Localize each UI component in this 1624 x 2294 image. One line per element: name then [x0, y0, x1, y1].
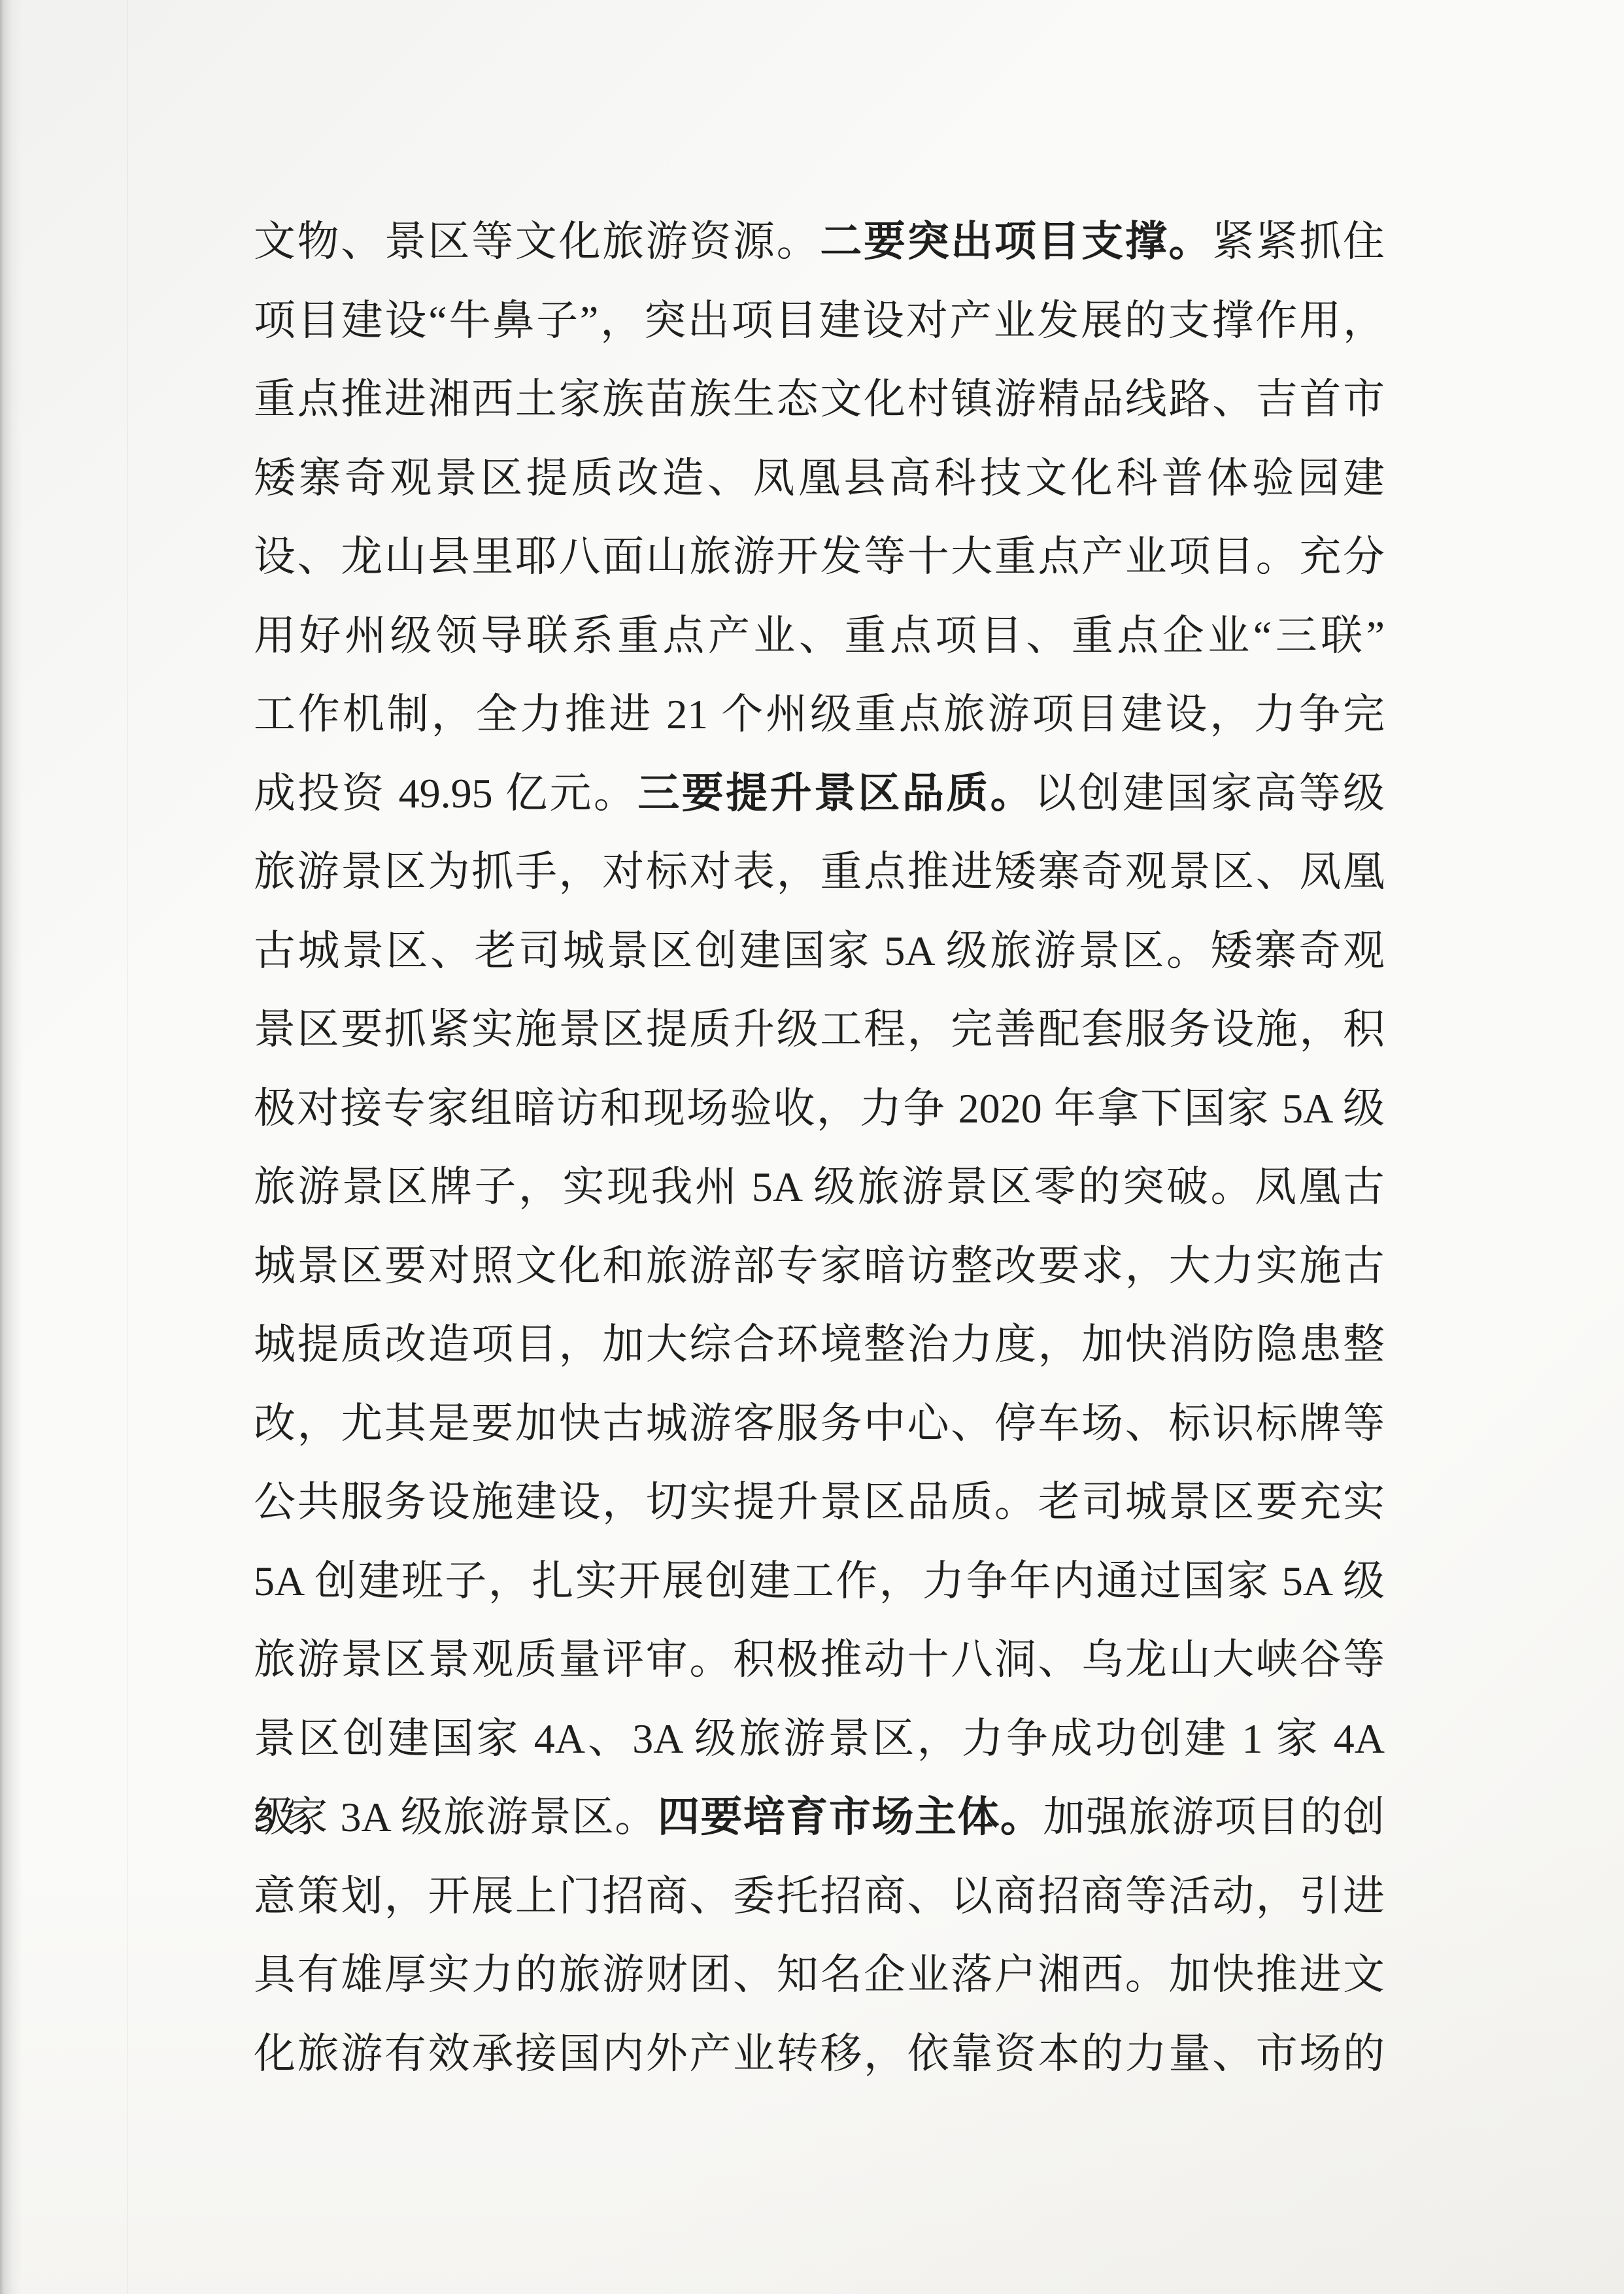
text-line: 重点推进湘西土家族苗族生态文化村镇游精品线路、吉首市: [254, 360, 1385, 439]
body-text-segment: 旅游景区景观质量评审。积极推动十八洞、乌龙山大峡谷等: [254, 1636, 1385, 1683]
text-line: 古城景区、老司城景区创建国家 5A 级旅游景区。矮寨奇观: [254, 912, 1385, 991]
text-line: 改，尤其是要加快古城游客服务中心、停车场、标识标牌等: [254, 1385, 1385, 1464]
text-line: 城提质改造项目，加大综合环境整治力度，加快消防隐患整: [254, 1306, 1385, 1385]
text-line: 设、龙山县里耶八面山旅游开发等十大重点产业项目。充分: [254, 518, 1385, 597]
section-heading-bold: 二要突出项目支撑。: [820, 218, 1212, 265]
body-text-segment: 用好州级领导联系重点产业、重点项目、重点企业“三联”: [254, 613, 1385, 659]
text-line: 旅游景区景观质量评审。积极推动十八洞、乌龙山大峡谷等: [254, 1621, 1385, 1700]
text-line: 旅游景区为抓手，对标对表，重点推进矮寨奇观景区、凤凰: [254, 833, 1385, 912]
text-line: 意策划，开展上门招商、委托招商、以商招商等活动，引进: [254, 1857, 1385, 1936]
body-text-segment: 化旅游有效承接国内外产业转移，依靠资本的力量、市场的: [254, 2031, 1385, 2077]
text-line: 化旅游有效承接国内外产业转移，依靠资本的力量、市场的: [254, 2015, 1385, 2094]
body-text-segment: 项目建设“牛鼻子”，突出项目建设对产业发展的支撑作用，: [254, 297, 1385, 344]
text-line: 城景区要对照文化和旅游部专家暗访整改要求，大力实施古: [254, 1227, 1385, 1306]
scan-edge-shadow: [0, 0, 22, 2294]
body-text-segment: 城提质改造项目，加大综合环境整治力度，加快消防隐患整: [254, 1321, 1385, 1368]
body-text-segment: 城景区要对照文化和旅游部专家暗访整改要求，大力实施古: [254, 1243, 1385, 1289]
text-line: 工作机制，全力推进 21 个州级重点旅游项目建设，力争完: [254, 675, 1385, 754]
body-text-segment: 设、龙山县里耶八面山旅游开发等十大重点产业项目。充分: [254, 533, 1385, 580]
text-line: 旅游景区牌子，实现我州 5A 级旅游景区零的突破。凤凰古: [254, 1148, 1385, 1227]
body-text-segment: 加强旅游项目的创: [1043, 1794, 1385, 1840]
body-text-segment: 重点推进湘西土家族苗族生态文化村镇游精品线路、吉首市: [254, 376, 1385, 422]
body-text-segment: 旅游景区为抓手，对标对表，重点推进矮寨奇观景区、凤凰: [254, 849, 1385, 895]
body-text-segment: 古城景区、老司城景区创建国家 5A 级旅游景区。矮寨奇观: [254, 928, 1385, 974]
text-line: 具有雄厚实力的旅游财团、知名企业落户湘西。加快推进文: [254, 1936, 1385, 2015]
text-line: 景区要抓紧实施景区提质升级工程，完善配套服务设施，积: [254, 990, 1385, 1070]
body-text-segment: 极对接专家组暗访和现场验收，力争 2020 年拿下国家 5A 级: [254, 1085, 1385, 1132]
body-text-segment: 成投资 49.95 亿元。: [254, 770, 637, 817]
body-text-segment: 旅游景区牌子，实现我州 5A 级旅游景区零的突破。凤凰古: [254, 1164, 1385, 1210]
body-text-segment: 公共服务设施建设，切实提升景区品质。老司城景区要充实: [254, 1479, 1385, 1525]
document-text: 文物、景区等文化旅游资源。二要突出项目支撑。紧紧抓住项目建设“牛鼻子”，突出项目…: [254, 203, 1385, 2093]
body-text-segment: 5A 创建班子，扎实开展创建工作，力争年内通过国家 5A 级: [254, 1558, 1385, 1604]
body-text-segment: 改，尤其是要加快古城游客服务中心、停车场、标识标牌等: [254, 1400, 1385, 1447]
body-text-segment: 以创建国家高等级: [1034, 770, 1385, 817]
section-heading-bold: 三要提升景区品质。: [637, 770, 1034, 817]
text-line: 成投资 49.95 亿元。三要提升景区品质。以创建国家高等级: [254, 754, 1385, 834]
text-line: 项目建设“牛鼻子”，突出项目建设对产业发展的支撑作用，: [254, 282, 1385, 361]
body-text-segment: 矮寨奇观景区提质改造、凤凰县高科技文化科普体验园建: [254, 455, 1385, 501]
text-line: 景区创建国家 4A、3A 级旅游景区，力争成功创建 1 家 4A 级、: [254, 1700, 1385, 1779]
text-line: 用好州级领导联系重点产业、重点项目、重点企业“三联”: [254, 597, 1385, 676]
text-line: 矮寨奇观景区提质改造、凤凰县高科技文化科普体验园建: [254, 439, 1385, 518]
body-text-segment: 紧紧抓住: [1212, 218, 1385, 265]
body-text-segment: 景区要抓紧实施景区提质升级工程，完善配套服务设施，积: [254, 1006, 1385, 1053]
body-text-segment: 3 家 3A 级旅游景区。: [254, 1794, 658, 1840]
scanned-page: { "page": { "kind": "scanned-government-…: [0, 0, 1624, 2294]
body-text-segment: 工作机制，全力推进 21 个州级重点旅游项目建设，力争完: [254, 691, 1385, 737]
text-line: 公共服务设施建设，切实提升景区品质。老司城景区要充实: [254, 1463, 1385, 1542]
text-line: 极对接专家组暗访和现场验收，力争 2020 年拿下国家 5A 级: [254, 1070, 1385, 1149]
text-line: 文物、景区等文化旅游资源。二要突出项目支撑。紧紧抓住: [254, 203, 1385, 282]
section-heading-bold: 四要培育市场主体。: [658, 1794, 1043, 1840]
body-text-segment: 文物、景区等文化旅游资源。: [254, 218, 820, 265]
scan-fold-line: [127, 0, 128, 2294]
body-text-segment: 具有雄厚实力的旅游财团、知名企业落户湘西。加快推进文: [254, 1951, 1385, 1998]
body-text-segment: 意策划，开展上门招商、委托招商、以商招商等活动，引进: [254, 1873, 1385, 1919]
text-line: 3 家 3A 级旅游景区。四要培育市场主体。加强旅游项目的创: [254, 1778, 1385, 1857]
text-line: 5A 创建班子，扎实开展创建工作，力争年内通过国家 5A 级: [254, 1542, 1385, 1621]
